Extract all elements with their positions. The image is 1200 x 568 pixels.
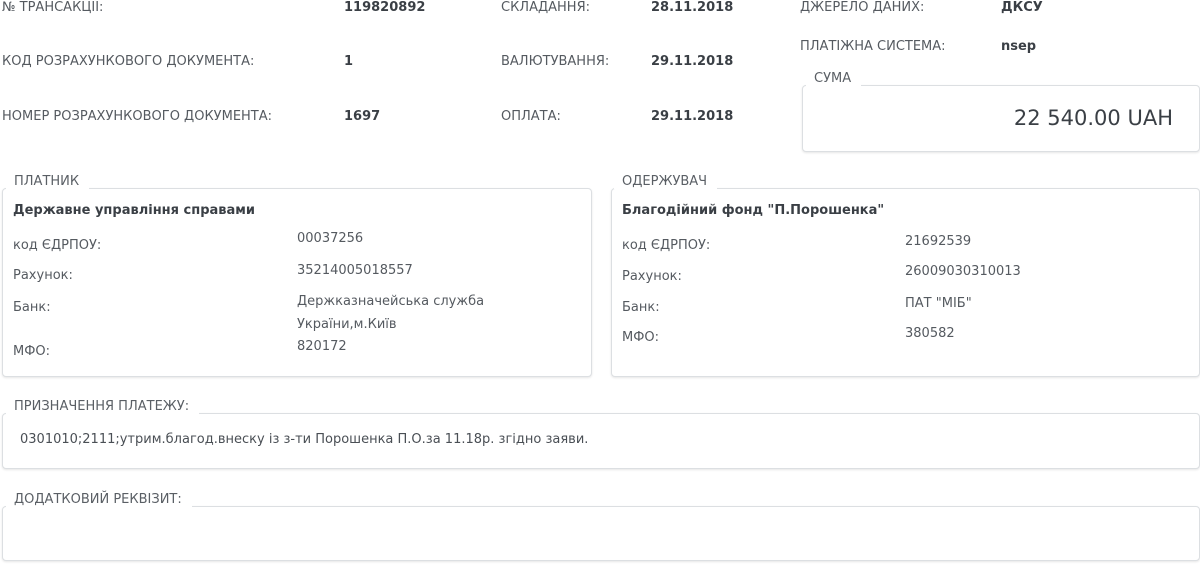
recipient-edrpou-value: 21692539 xyxy=(905,231,971,253)
payer-edrpou-value: 00037256 xyxy=(297,228,363,250)
transaction-number-label: № ТРАНСАКЦІЇ: xyxy=(2,0,103,15)
recipient-mfo-value: 380582 xyxy=(905,323,955,345)
recipient-legend: ОДЕРЖУВАЧ xyxy=(614,174,717,189)
document-number-value: 1697 xyxy=(344,109,380,124)
additional-legend: ДОДАТКОВИЙ РЕКВІЗИТ: xyxy=(6,492,192,507)
additional-box xyxy=(2,506,1200,561)
payer-account-label: Рахунок: xyxy=(13,268,73,283)
recipient-box: Благодійний фонд "П.Порошенка" код ЄДРПО… xyxy=(611,188,1200,377)
payer-name: Державне управління справами xyxy=(13,203,255,218)
amount-box: 22 540.00 UAH xyxy=(802,85,1200,152)
amount-legend: СУМА xyxy=(806,71,861,86)
recipient-bank-value: ПАТ "МІБ" xyxy=(905,293,972,315)
payment-system-value: nsep xyxy=(1001,39,1036,54)
purpose-legend: ПРИЗНАЧЕННЯ ПЛАТЕЖУ: xyxy=(6,399,199,414)
payer-mfo-label: МФО: xyxy=(13,344,50,359)
payment-system-label: ПЛАТІЖНА СИСТЕМА: xyxy=(800,39,946,54)
payer-bank-value-line2: України,м.Київ xyxy=(297,314,397,336)
payment-date-value: 29.11.2018 xyxy=(651,109,733,124)
data-source-value: ДКСУ xyxy=(1001,0,1043,15)
recipient-edrpou-label: код ЄДРПОУ: xyxy=(622,238,710,253)
payer-bank-label: Банк: xyxy=(13,300,51,315)
document-code-label: КОД РОЗРАХУНКОВОГО ДОКУМЕНТА: xyxy=(2,54,254,69)
payment-date-label: ОПЛАТА: xyxy=(501,109,561,124)
purpose-box: 0301010;2111;утрим.благод.внеску із з-ти… xyxy=(2,413,1200,469)
recipient-account-value: 26009030310013 xyxy=(905,261,1021,283)
purpose-text: 0301010;2111;утрим.благод.внеску із з-ти… xyxy=(20,432,588,447)
recipient-name: Благодійний фонд "П.Порошенка" xyxy=(622,203,884,218)
value-date-value: 29.11.2018 xyxy=(651,54,733,69)
payer-edrpou-label: код ЄДРПОУ: xyxy=(13,238,101,253)
amount-value: 22 540.00 UAH xyxy=(1014,106,1173,130)
value-date-label: ВАЛЮТУВАННЯ: xyxy=(501,54,609,69)
document-code-value: 1 xyxy=(344,54,353,69)
document-number-label: НОМЕР РОЗРАХУНКОВОГО ДОКУМЕНТА: xyxy=(2,109,272,124)
recipient-bank-label: Банк: xyxy=(622,300,660,315)
compile-date-label: СКЛАДАННЯ: xyxy=(501,0,590,15)
payer-mfo-value: 820172 xyxy=(297,336,347,358)
payer-box: Державне управління справами код ЄДРПОУ:… xyxy=(2,188,592,377)
transaction-number-value: 119820892 xyxy=(344,0,425,15)
data-source-label: ДЖЕРЕЛО ДАНИХ: xyxy=(800,0,924,15)
recipient-account-label: Рахунок: xyxy=(622,269,682,284)
payer-account-value: 35214005018557 xyxy=(297,260,413,282)
payer-legend: ПЛАТНИК xyxy=(6,174,89,189)
compile-date-value: 28.11.2018 xyxy=(651,0,733,15)
payer-bank-value: Держказначейська служба xyxy=(297,291,484,313)
recipient-mfo-label: МФО: xyxy=(622,330,659,345)
